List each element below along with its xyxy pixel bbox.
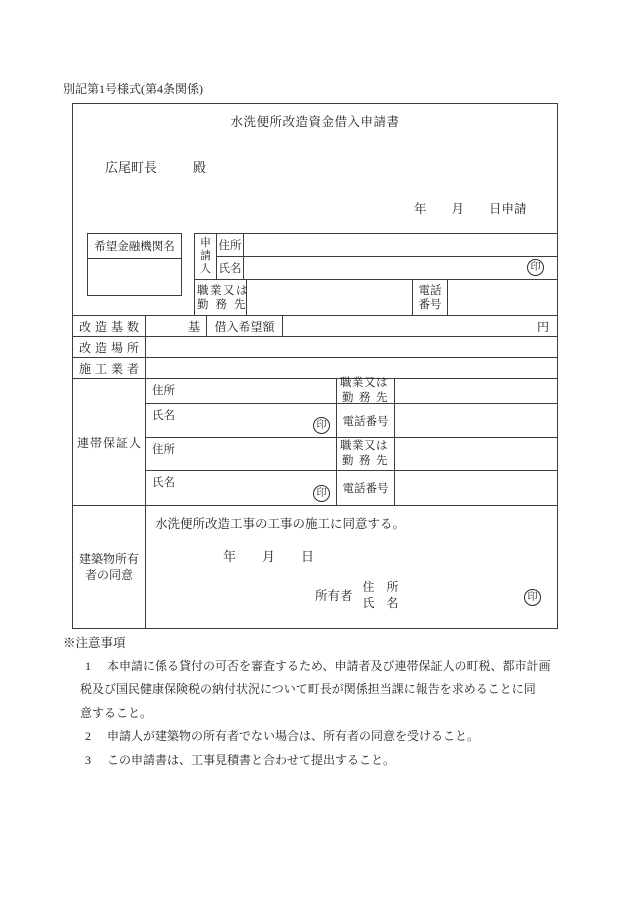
applicant-role-label: 申請人 [199,237,212,276]
applicant-phone-field [448,280,557,315]
honorific: 殿 [193,160,206,175]
guarantor1-phone-label: 電話番号 [337,404,395,438]
application-form-box: 水洗便所改造資金借入申請書 広尾町長殿 年 月 日申請 希望金融機関名 申請人 … [72,103,558,629]
form-title: 水洗便所改造資金借入申請書 [73,112,557,130]
applicant-occupation-field [247,280,413,315]
guarantor2-seal-icon: 印 [313,485,330,502]
consent-section-label: 建築物所有 者の同意 [73,506,146,628]
note-item-3-number: 3 [85,753,107,768]
guarantor2-occupation-field [395,438,557,471]
guarantor1-name-label: 氏名 [152,407,175,423]
bank-name-box: 希望金融機関名 [87,233,182,296]
note-item-2-number: 2 [85,729,107,744]
applicant-phone-label: 電話番号 [418,284,442,312]
applicant-seal-icon: 印 [527,259,544,276]
consent-content-cell: 水洗便所改造工事の工事の施工に同意する。 年 月 日 所有者 住 所 氏 名 印 [146,506,557,628]
application-date-line: 年 月 日申請 [414,199,527,217]
guarantor2-name-label: 氏名 [152,474,175,490]
main-table: 改造基数 基 借入希望額 円 改造場所 施工業者 連帯保証人 住所 職業又は 勤… [73,315,557,628]
applicant-table: 申請人 住所 氏名 印 職業又は 勤務先 電話番号 [194,233,557,315]
owner-signature-row: 所有者 住 所 氏 名 [315,579,399,611]
remodel-units-label: 改造基数 [73,316,146,337]
note-item-1-line-2: 税及び国民健康保険税の納付状況について町長が関係担当課に報告を求めることに同 [80,680,536,697]
note-item-2: 2申請人が建築物の所有者でない場合は、所有者の同意を受けること。 [85,727,479,744]
note-item-1-number: 1 [85,659,107,674]
remodel-place-label: 改造場所 [73,337,146,358]
applicant-phone-label-cell: 電話番号 [413,280,448,315]
note-item-3: 3この申請書は、工事見積書と合わせて提出すること。 [85,751,395,768]
guarantor1-occupation-label: 職業又は 勤務先 [337,379,395,404]
guarantor2-phone-field [395,471,557,506]
guarantor1-address-field: 住所 [146,379,337,404]
bank-name-field [88,258,181,295]
document-page: 別記第1号様式(第4条関係) 水洗便所改造資金借入申請書 広尾町長殿 年 月 日… [0,0,630,916]
applicant-occupation-label: 職業又は 勤務先 [195,280,247,315]
consent-date-line: 年 月 日 [223,546,314,565]
consent-statement: 水洗便所改造工事の工事の施工に同意する。 [155,514,405,532]
guarantor2-address-label: 住所 [152,441,175,457]
guarantor-section-label: 連帯保証人 [73,379,146,506]
guarantor1-occupation-field [395,379,557,404]
guarantor1-seal-icon: 印 [313,417,330,434]
units-suffix: 基 [188,320,200,334]
owner-address-name-labels: 住 所 氏 名 [363,579,399,611]
form-code: 別記第1号様式(第4条関係) [63,80,203,97]
owner-name-label: 氏 名 [363,595,399,611]
guarantor2-name-field: 氏名 印 [146,471,337,506]
owner-seal-icon: 印 [524,589,541,606]
addressee-name: 広尾町長 [105,160,157,175]
guarantor1-phone-field [395,404,557,438]
owner-label: 所有者 [315,586,353,604]
note-item-1-line-3: 意すること。 [80,704,152,721]
guarantor1-address-label: 住所 [152,382,175,398]
guarantor2-phone-label: 電話番号 [337,471,395,506]
guarantor2-occupation-label: 職業又は 勤務先 [337,438,395,471]
remodel-place-field [146,337,557,358]
guarantor1-name-field: 氏名 印 [146,404,337,438]
loan-amount-field: 円 [283,316,557,337]
owner-address-label: 住 所 [363,579,399,595]
applicant-name-field: 印 [244,257,557,280]
applicant-name-label: 氏名 [217,257,244,280]
note-item-1-line-1: 1本申請に係る貸付の可否を審査するため、申請者及び連帯保証人の町税、都市計画 [85,657,551,674]
applicant-address-label: 住所 [217,234,244,257]
guarantor2-address-field: 住所 [146,438,337,471]
addressee-line: 広尾町長殿 [105,157,206,176]
contractor-label: 施工業者 [73,358,146,379]
bank-name-label: 希望金融機関名 [88,234,181,259]
applicant-role-cell: 申請人 [195,234,217,280]
loan-amount-label: 借入希望額 [207,316,283,337]
applicant-address-field [244,234,557,257]
yen-suffix: 円 [537,320,549,334]
remodel-units-field: 基 [146,316,207,337]
notes-heading: ※注意事項 [63,633,126,651]
